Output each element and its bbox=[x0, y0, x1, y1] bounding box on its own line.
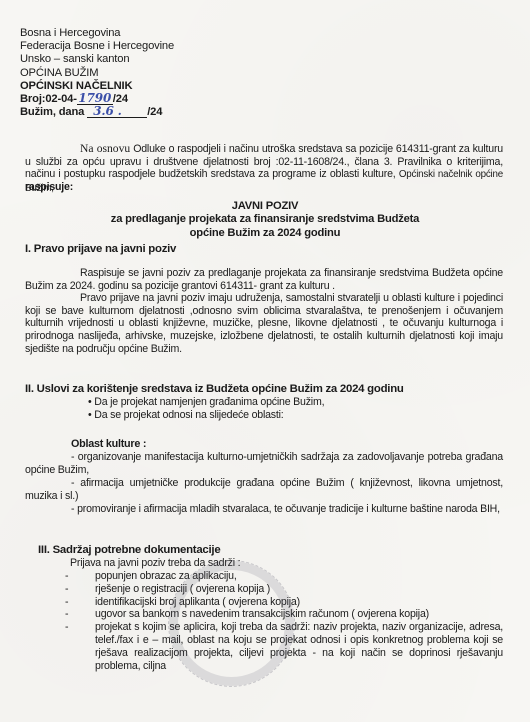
item-text: popunjen obrazac za aplikaciju, bbox=[95, 570, 503, 583]
date-prefix: Bužim, dana bbox=[20, 106, 84, 118]
section2-heading: II. Uslovi za korištenje sredstava iz Bu… bbox=[25, 383, 404, 395]
handwritten-date: 3.6 . bbox=[87, 106, 147, 118]
letterhead: Bosna i Hercegovina Federacija Bosne i H… bbox=[20, 27, 174, 119]
section3-lead: Prijava na javni poziv treba da sadrži : bbox=[70, 557, 240, 570]
document-date: Bužim, dana 3.6 ./24 bbox=[20, 106, 174, 119]
section3-heading: III. Sadržaj potrebne dokumentacije bbox=[38, 544, 220, 556]
culture-item: - promoviranje i afirmacija mladih stvar… bbox=[25, 503, 503, 516]
bullet-text: Da je projekat namjenjen građanima općin… bbox=[94, 396, 324, 408]
item-text: identifikacijski broj aplikanta ( ovjere… bbox=[95, 596, 503, 609]
handwritten-number: 1790 bbox=[77, 93, 113, 105]
section1-paragraph-2: Pravo prijave na javni poziv imaju udruž… bbox=[25, 292, 503, 356]
raspisuje-label: raspisuje: bbox=[25, 181, 503, 194]
number-suffix: /24 bbox=[113, 93, 128, 105]
section2-bullet: • Da se projekat odnosi na slijedeće obl… bbox=[88, 409, 284, 422]
documentation-item: -rješenje o registraciji ( ovjerena kopi… bbox=[65, 583, 503, 596]
letterhead-line: Unsko – sanski kanton bbox=[20, 53, 174, 66]
culture-item: - afirmacija umjetničke produkcije građa… bbox=[25, 477, 503, 503]
culture-item: - organizovanje manifestacija kulturno-u… bbox=[25, 451, 503, 477]
date-suffix: /24 bbox=[147, 106, 162, 118]
bullet-text: Da se projekat odnosi na slijedeće oblas… bbox=[94, 409, 283, 421]
section1-heading: I. Pravo prijave na javni poziv bbox=[25, 243, 176, 255]
document-title: JAVNI POZIV za predlaganje projekata za … bbox=[0, 200, 530, 240]
item-text: ugovor sa bankom s navedenim transakcijs… bbox=[95, 608, 503, 621]
number-prefix: Broj:02-04- bbox=[20, 93, 77, 105]
intro-first-words: Na osnovu bbox=[80, 142, 130, 155]
documentation-item: -projekat s kojim se aplicira, koji treb… bbox=[65, 621, 503, 672]
letterhead-line: Bosna i Hercegovina bbox=[20, 27, 174, 40]
item-text: projekat s kojim se aplicira, koji treba… bbox=[95, 621, 503, 672]
documentation-item: -ugovor sa bankom s navedenim transakcij… bbox=[65, 608, 503, 621]
title-line2: za predlaganje projekata za finansiranje… bbox=[0, 213, 530, 226]
letterhead-line: Federacija Bosne i Hercegovine bbox=[20, 40, 174, 53]
section1-paragraph-1: Raspisuje se javni poziv za predlaganje … bbox=[25, 267, 503, 292]
section2-bullet: • Da je projekat namjenjen građanima opć… bbox=[88, 396, 324, 409]
documentation-list: -popunjen obrazac za aplikaciju, -rješen… bbox=[65, 570, 503, 672]
documentation-item: -popunjen obrazac za aplikaciju, bbox=[65, 570, 503, 583]
documentation-item: -identifikacijski broj aplikanta ( ovjer… bbox=[65, 596, 503, 609]
item-text: rješenje o registraciji ( ovjerena kopij… bbox=[95, 583, 503, 596]
letterhead-line: OPĆINA BUŽIM bbox=[20, 67, 174, 80]
section2-subheading: Oblast kulture : bbox=[71, 438, 146, 450]
document-page: Bosna i Hercegovina Federacija Bosne i H… bbox=[0, 0, 530, 722]
title-main: JAVNI POZIV bbox=[0, 200, 530, 213]
title-line3: općine Bužim za 2024 godinu bbox=[0, 227, 530, 240]
